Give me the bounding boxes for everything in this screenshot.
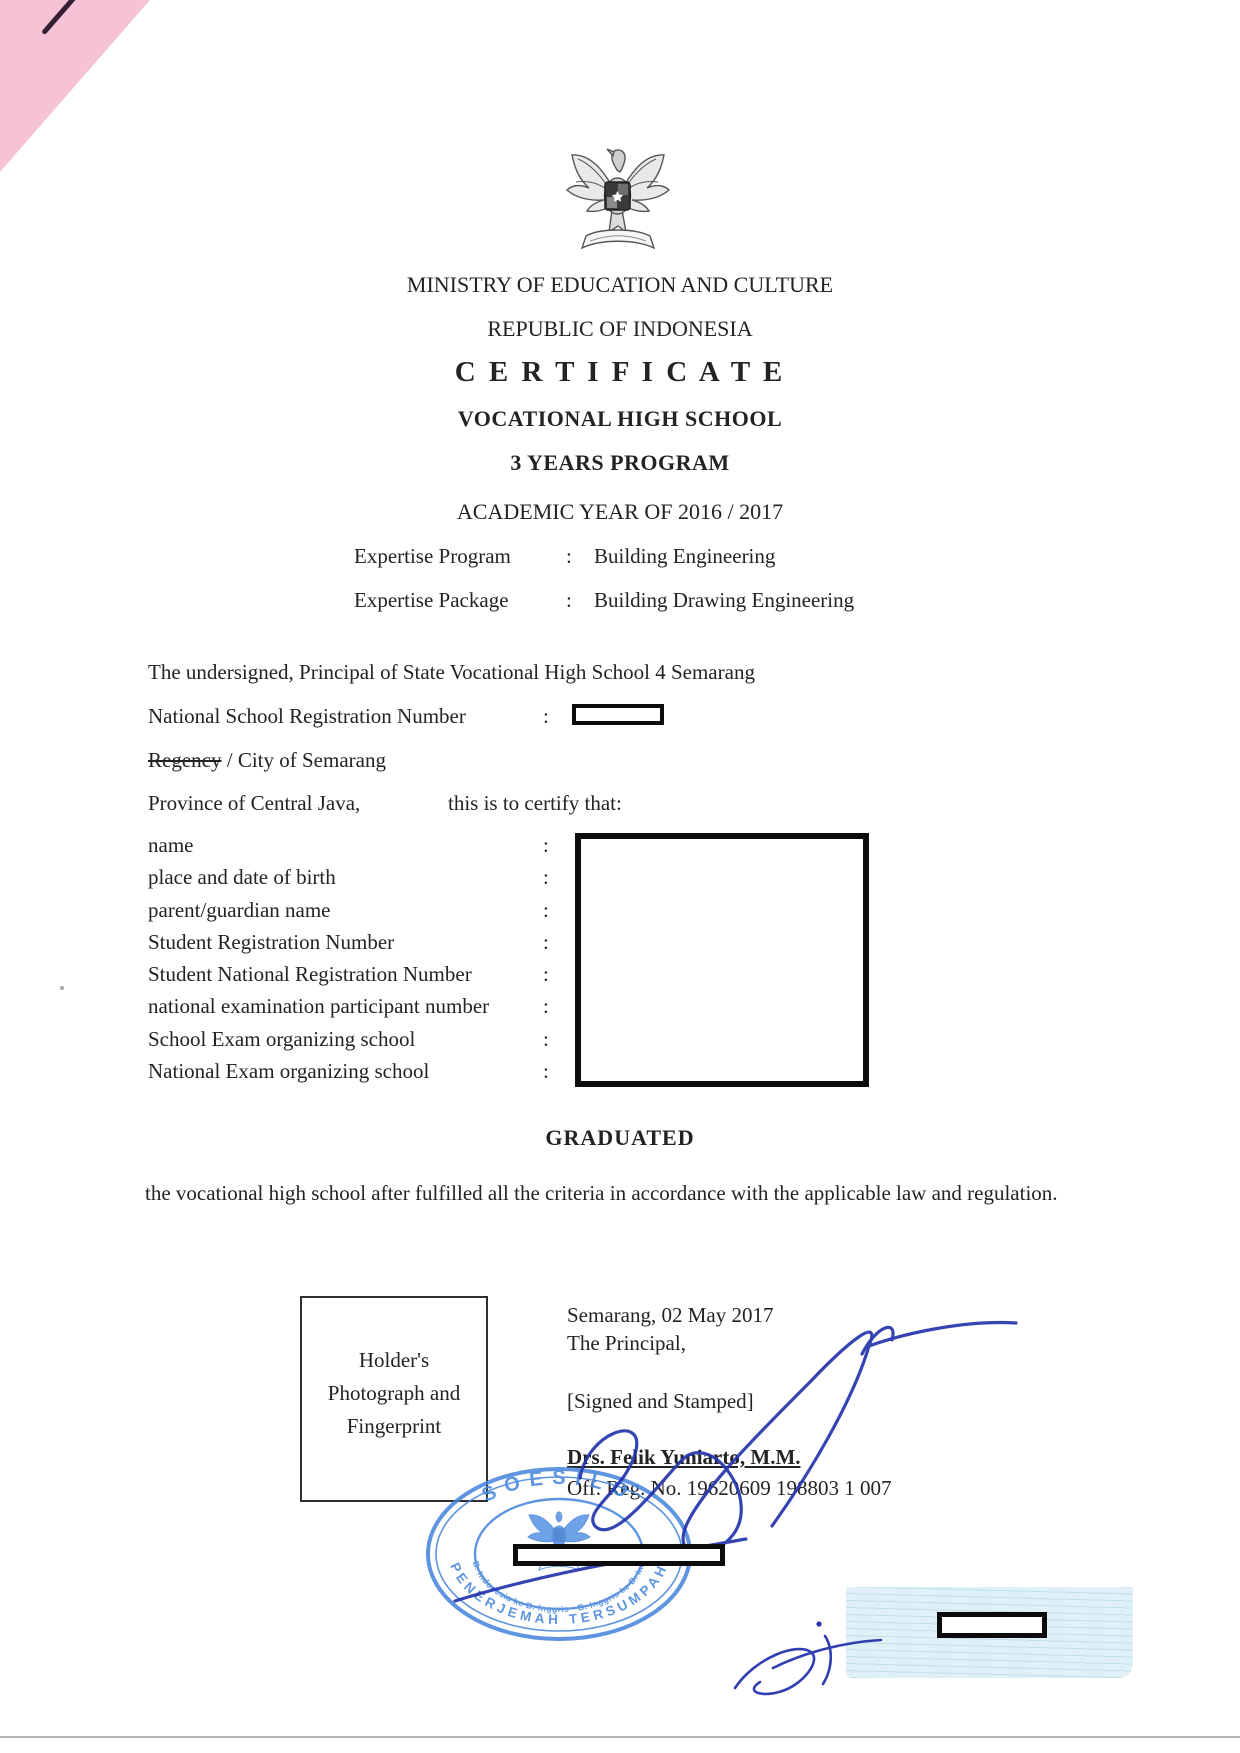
- certificate-title: C E R T I F I C A T E: [0, 356, 1240, 389]
- certificate-page: MINISTRY OF EDUCATION AND CULTURE REPUBL…: [0, 0, 1240, 1753]
- field-label-exam-participant: national examination participant number: [148, 993, 489, 1019]
- pink-corner-overlay: [0, 0, 170, 185]
- field-label-national-exam: National Exam organizing school: [148, 1058, 429, 1084]
- regency-line: Regency / City of Semarang: [148, 747, 386, 773]
- expertise-package-colon: :: [566, 587, 572, 613]
- field-label-parent: parent/guardian name: [148, 897, 331, 923]
- ministry-title: MINISTRY OF EDUCATION AND CULTURE: [0, 271, 1240, 299]
- field-colon-1: :: [543, 832, 549, 858]
- expertise-program-value: Building Engineering: [594, 543, 775, 569]
- field-label-school-exam: School Exam organizing school: [148, 1026, 415, 1052]
- field-colon-3: :: [543, 897, 549, 923]
- republic-title: REPUBLIC OF INDONESIA: [0, 315, 1240, 343]
- nsrn-label: National School Registration Number: [148, 703, 466, 729]
- principal-signature: [430, 1310, 1050, 1620]
- graduation-paragraph: the vocational high school after fulfill…: [145, 1170, 1108, 1217]
- expertise-package-value: Building Drawing Engineering: [594, 587, 854, 613]
- field-label-birth: place and date of birth: [148, 864, 336, 890]
- academic-year: ACADEMIC YEAR OF 2016 / 2017: [0, 498, 1240, 526]
- certify-line: this is to certify that:: [448, 790, 622, 816]
- sticker-redaction-box: [937, 1612, 1047, 1638]
- field-label-student-national-reg: Student National Registration Number: [148, 961, 472, 987]
- field-colon-5: :: [543, 961, 549, 987]
- student-data-redaction-box: [575, 833, 869, 1087]
- field-colon-8: :: [543, 1058, 549, 1084]
- expertise-package-label: Expertise Package: [354, 587, 554, 613]
- expertise-program-label: Expertise Program: [354, 543, 554, 569]
- school-type-title: VOCATIONAL HIGH SCHOOL: [0, 406, 1240, 432]
- graduated-heading: GRADUATED: [0, 1124, 1240, 1152]
- scan-dot-artifact: [60, 986, 64, 990]
- field-colon-4: :: [543, 929, 549, 955]
- province-line: Province of Central Java,: [148, 790, 360, 816]
- nsrn-colon: :: [543, 703, 549, 729]
- garuda-emblem-icon: [560, 140, 676, 258]
- translator-signature: [715, 1612, 910, 1712]
- field-colon-6: :: [543, 993, 549, 1019]
- signature-redaction-box: [513, 1544, 725, 1566]
- field-label-name: name: [148, 832, 193, 858]
- regency-rest: / City of Semarang: [227, 748, 386, 772]
- scan-edge-line: [0, 1736, 1240, 1738]
- regency-struck-word: Regency: [148, 748, 221, 772]
- nsrn-redaction-box: [572, 704, 664, 725]
- field-colon-2: :: [543, 864, 549, 890]
- expertise-program-colon: :: [566, 543, 572, 569]
- undersigned-line: The undersigned, Principal of State Voca…: [148, 659, 755, 685]
- program-title: 3 YEARS PROGRAM: [0, 450, 1240, 476]
- field-colon-7: :: [543, 1026, 549, 1052]
- field-label-student-reg: Student Registration Number: [148, 929, 394, 955]
